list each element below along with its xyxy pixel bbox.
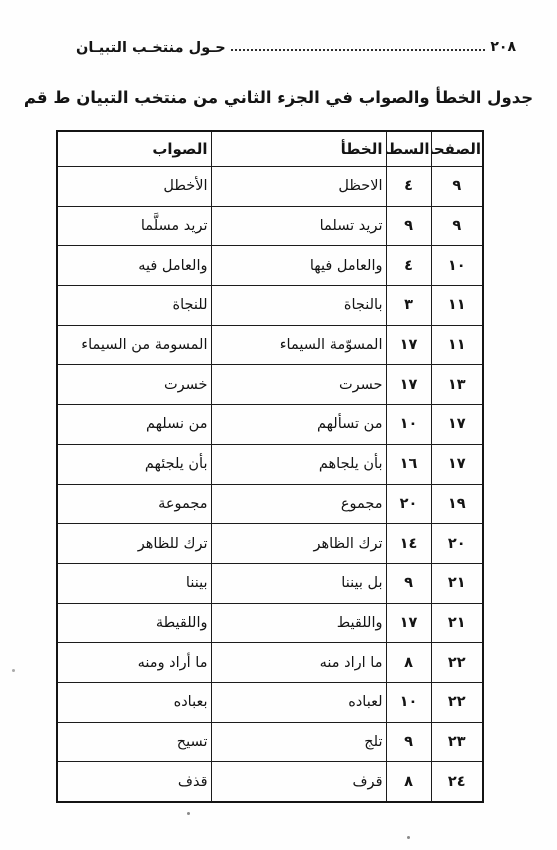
correction-cell: تسيح: [57, 722, 211, 762]
page-cell: ٢٠: [431, 524, 483, 564]
errata-table: الصفحة السطر الخطأ الصواب ٩ ٤ الاحظل الأ…: [56, 130, 484, 803]
error-cell: المسوّمة السيماء: [211, 325, 386, 365]
scan-speck: [187, 812, 190, 815]
line-cell: ٨: [386, 762, 431, 802]
page-cell: ١٧: [431, 444, 483, 484]
page-cell: ٩: [431, 206, 483, 246]
page-cell: ١٠: [431, 246, 483, 286]
line-cell: ٨: [386, 643, 431, 683]
book-page: ٢٠٨ حـول منتخـب التبيـان جدول الخطأ والص…: [0, 0, 557, 850]
table-row: ٢٠ ١٤ ترك الظاهر ترك للظاهر: [57, 524, 483, 564]
error-cell: بأن يلجاهم: [211, 444, 386, 484]
correction-cell: ترك للظاهر: [57, 524, 211, 564]
page-cell: ١٩: [431, 484, 483, 524]
line-cell: ٤: [386, 246, 431, 286]
error-cell: الاحظل: [211, 167, 386, 207]
column-header-correction: الصواب: [57, 131, 211, 167]
line-cell: ٣: [386, 286, 431, 326]
errata-table-body: ٩ ٤ الاحظل الأخطل ٩ ٩ تريد تسلما تريد مس…: [57, 167, 483, 803]
table-row: ١٠ ٤ والعامل فيها والعامل فيه: [57, 246, 483, 286]
line-cell: ٩: [386, 722, 431, 762]
page-number: ٢٠٨: [490, 40, 516, 56]
table-row: ١٧ ١٦ بأن يلجاهم بأن يلجئهم: [57, 444, 483, 484]
scan-speck: [407, 836, 410, 839]
line-cell: ٩: [386, 206, 431, 246]
table-row: ١٣ ١٧ حسرت خسرت: [57, 365, 483, 405]
page-cell: ١٧: [431, 405, 483, 445]
error-cell: ما اراد منه: [211, 643, 386, 683]
page-cell: ١٣: [431, 365, 483, 405]
error-cell: والعامل فيها: [211, 246, 386, 286]
column-header-line: السطر: [386, 131, 431, 167]
correction-cell: تريد مسلَّما: [57, 206, 211, 246]
line-cell: ١٤: [386, 524, 431, 564]
line-cell: ١٧: [386, 365, 431, 405]
table-row: ٢٣ ٩ تلج تسيح: [57, 722, 483, 762]
column-header-page: الصفحة: [431, 131, 483, 167]
error-cell: ترك الظاهر: [211, 524, 386, 564]
correction-cell: قذف: [57, 762, 211, 802]
page-cell: ٩: [431, 167, 483, 207]
dotted-leader: [231, 49, 486, 51]
correction-cell: بأن يلجئهم: [57, 444, 211, 484]
page-cell: ٢١: [431, 603, 483, 643]
table-row: ٢١ ٩ بل بيننا بيننا: [57, 563, 483, 603]
table-row: ٢٤ ٨ قرف قذف: [57, 762, 483, 802]
table-row: ٢٢ ٨ ما اراد منه ما أراد ومنه: [57, 643, 483, 683]
correction-cell: ما أراد ومنه: [57, 643, 211, 683]
table-row: ١٧ ١٠ من تسألهم من نسلهم: [57, 405, 483, 445]
column-header-error: الخطأ: [211, 131, 386, 167]
table-row: ٢١ ١٧ واللقيط واللقيطة: [57, 603, 483, 643]
running-header-title: حـول منتخـب التبيـان: [76, 41, 226, 57]
error-cell: واللقيط: [211, 603, 386, 643]
line-cell: ١٠: [386, 682, 431, 722]
page-cell: ١١: [431, 325, 483, 365]
section-title: جدول الخطأ والصواب في الجزء الثاني من من…: [0, 88, 557, 107]
page-cell: ٢٢: [431, 643, 483, 683]
table-row: ٩ ٩ تريد تسلما تريد مسلَّما: [57, 206, 483, 246]
correction-cell: بيننا: [57, 563, 211, 603]
page-cell: ٢١: [431, 563, 483, 603]
line-cell: ٩: [386, 563, 431, 603]
error-cell: مجموع: [211, 484, 386, 524]
error-cell: بالنجاة: [211, 286, 386, 326]
table-row: ١٩ ٢٠ مجموع مجموعة: [57, 484, 483, 524]
page-cell: ٢٢: [431, 682, 483, 722]
running-header: ٢٠٨ حـول منتخـب التبيـان: [76, 34, 516, 56]
page-cell: ٢٤: [431, 762, 483, 802]
table-header-row: الصفحة السطر الخطأ الصواب: [57, 131, 483, 167]
scan-speck: [12, 669, 15, 672]
table-row: ٩ ٤ الاحظل الأخطل: [57, 167, 483, 207]
correction-cell: بعباده: [57, 682, 211, 722]
error-cell: بل بيننا: [211, 563, 386, 603]
error-cell: لعباده: [211, 682, 386, 722]
correction-cell: المسومة من السيماء: [57, 325, 211, 365]
line-cell: ٢٠: [386, 484, 431, 524]
line-cell: ١٧: [386, 325, 431, 365]
correction-cell: واللقيطة: [57, 603, 211, 643]
error-cell: من تسألهم: [211, 405, 386, 445]
table-row: ٢٢ ١٠ لعباده بعباده: [57, 682, 483, 722]
correction-cell: الأخطل: [57, 167, 211, 207]
line-cell: ١٦: [386, 444, 431, 484]
line-cell: ٤: [386, 167, 431, 207]
correction-cell: من نسلهم: [57, 405, 211, 445]
correction-cell: خسرت: [57, 365, 211, 405]
page-cell: ٢٣: [431, 722, 483, 762]
table-row: ١١ ١٧ المسوّمة السيماء المسومة من السيما…: [57, 325, 483, 365]
error-cell: تريد تسلما: [211, 206, 386, 246]
error-cell: تلج: [211, 722, 386, 762]
correction-cell: مجموعة: [57, 484, 211, 524]
error-cell: حسرت: [211, 365, 386, 405]
page-cell: ١١: [431, 286, 483, 326]
correction-cell: والعامل فيه: [57, 246, 211, 286]
table-row: ١١ ٣ بالنجاة للنجاة: [57, 286, 483, 326]
line-cell: ١٧: [386, 603, 431, 643]
line-cell: ١٠: [386, 405, 431, 445]
error-cell: قرف: [211, 762, 386, 802]
correction-cell: للنجاة: [57, 286, 211, 326]
